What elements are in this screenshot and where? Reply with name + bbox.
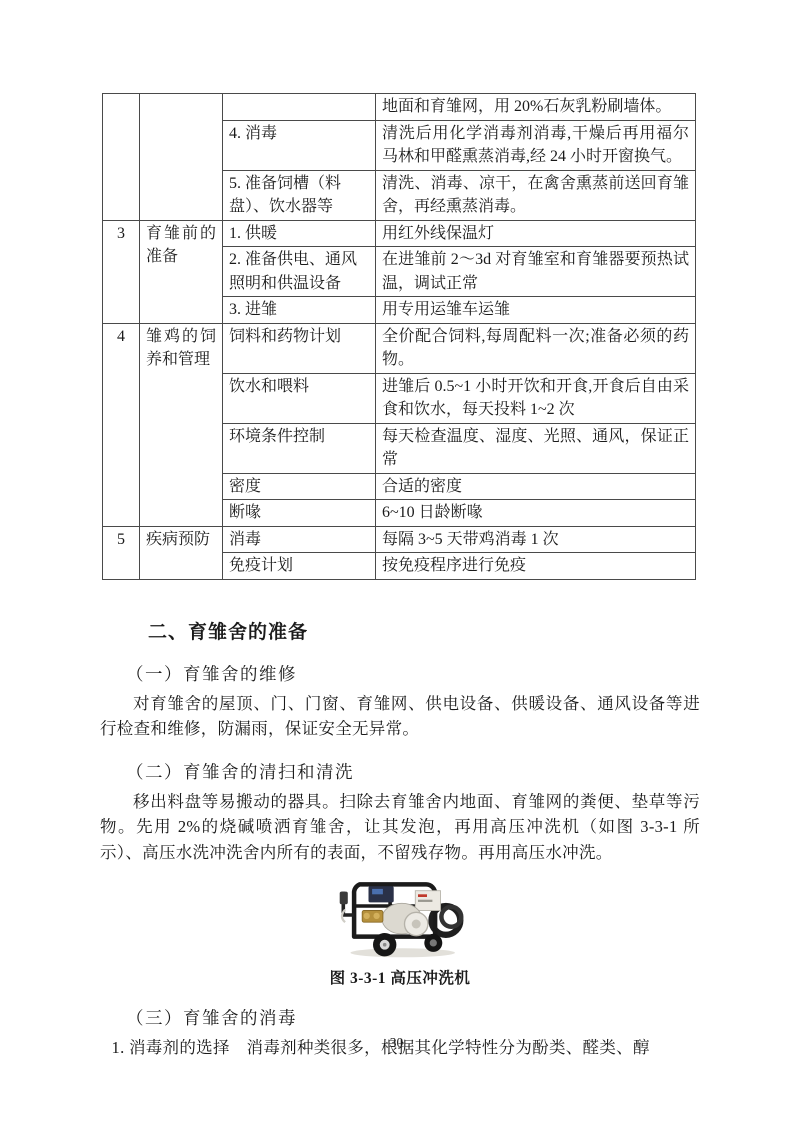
cell-category: 育雏前的准备 [140, 220, 223, 323]
cell-item: 免疫计划 [223, 553, 376, 580]
section-heading: 二、育雏舍的准备 [148, 617, 700, 644]
cell-item: 环境条件控制 [223, 423, 376, 473]
cell-item: 5. 准备饲槽（料盘）、饮水器等 [223, 170, 376, 220]
page-number: 30 [0, 1035, 793, 1051]
cell-desc: 用红外线保温灯 [376, 220, 696, 247]
cell-item: 2. 准备供电、通风照明和供温设备 [223, 247, 376, 297]
paragraph-cleaning: 移出料盘等易搬动的器具。扫除去育雏舍内地面、育雏网的粪便、垫草等污物。先用 2%… [100, 789, 700, 866]
cell-desc: 清洗、消毒、凉干，在禽舍熏蒸前送回育雏舍，再经熏蒸消毒。 [376, 170, 696, 220]
cell-num [103, 94, 140, 221]
cell-desc: 每隔 3~5 天带鸡消毒 1 次 [376, 526, 696, 553]
cell-desc: 地面和育雏网，用 20%石灰乳粉刷墙体。 [376, 94, 696, 121]
page-content: 地面和育雏网，用 20%石灰乳粉刷墙体。 4. 消毒 清洗后用化学消毒剂消毒,干… [100, 93, 700, 1061]
cell-item: 1. 供暖 [223, 220, 376, 247]
cell-category: 疾病预防 [140, 526, 223, 579]
cell-desc: 每天检查温度、湿度、光照、通风，保证正常 [376, 423, 696, 473]
cell-item: 4. 消毒 [223, 120, 376, 170]
cell-item: 断喙 [223, 500, 376, 527]
cell-num: 5 [103, 526, 140, 579]
cell-desc: 清洗后用化学消毒剂消毒,干燥后再用福尔马林和甲醛熏蒸消毒,经 24 小时开窗换气… [376, 120, 696, 170]
cell-desc: 按免疫程序进行免疫 [376, 553, 696, 580]
cell-desc: 合适的密度 [376, 473, 696, 500]
cell-item: 饮水和喂料 [223, 373, 376, 423]
table-row: 3 育雏前的准备 1. 供暖 用红外线保温灯 [103, 220, 696, 247]
paragraph-maintenance: 对育雏舍的屋顶、门、门窗、育雏网、供电设备、供暖设备、通风设备等进行检查和维修，… [100, 691, 700, 742]
figure-block: 图 3-3-1 高压冲洗机 [100, 870, 700, 988]
cell-category [140, 94, 223, 221]
cell-desc: 进雏后 0.5~1 小时开饮和开食,开食后自由采食和饮水，每天投料 1~2 次 [376, 373, 696, 423]
cell-desc: 全价配合饲料,每周配料一次;准备必须的药物。 [376, 323, 696, 373]
subsection-title-1: （一）育雏舍的维修 [126, 661, 700, 686]
subsection-title-3: （三）育雏舍的消毒 [126, 1005, 700, 1030]
brooding-procedure-table: 地面和育雏网，用 20%石灰乳粉刷墙体。 4. 消毒 清洗后用化学消毒剂消毒,干… [102, 93, 696, 580]
cell-item: 饲料和药物计划 [223, 323, 376, 373]
table-row: 5 疾病预防 消毒 每隔 3~5 天带鸡消毒 1 次 [103, 526, 696, 553]
subsection-title-2: （二）育雏舍的清扫和清洗 [126, 759, 700, 784]
cell-desc: 6~10 日龄断喙 [376, 500, 696, 527]
cell-desc: 在进雏前 2～3d 对育雏室和育雏器要预热试温，调试正常 [376, 247, 696, 297]
cell-item: 密度 [223, 473, 376, 500]
cell-num: 3 [103, 220, 140, 323]
high-pressure-washer-photo [330, 870, 470, 960]
table-row: 地面和育雏网，用 20%石灰乳粉刷墙体。 [103, 94, 696, 121]
table-row: 4 雏鸡的饲养和管理 饲料和药物计划 全价配合饲料,每周配料一次;准备必须的药物… [103, 323, 696, 373]
figure-caption: 图 3-3-1 高压冲洗机 [100, 966, 700, 988]
cell-num: 4 [103, 323, 140, 526]
cell-item: 3. 进雏 [223, 297, 376, 324]
document-page: 地面和育雏网，用 20%石灰乳粉刷墙体。 4. 消毒 清洗后用化学消毒剂消毒,干… [0, 0, 793, 1122]
cell-item [223, 94, 376, 121]
cell-desc: 用专用运雏车运雏 [376, 297, 696, 324]
cell-category: 雏鸡的饲养和管理 [140, 323, 223, 526]
cell-item: 消毒 [223, 526, 376, 553]
